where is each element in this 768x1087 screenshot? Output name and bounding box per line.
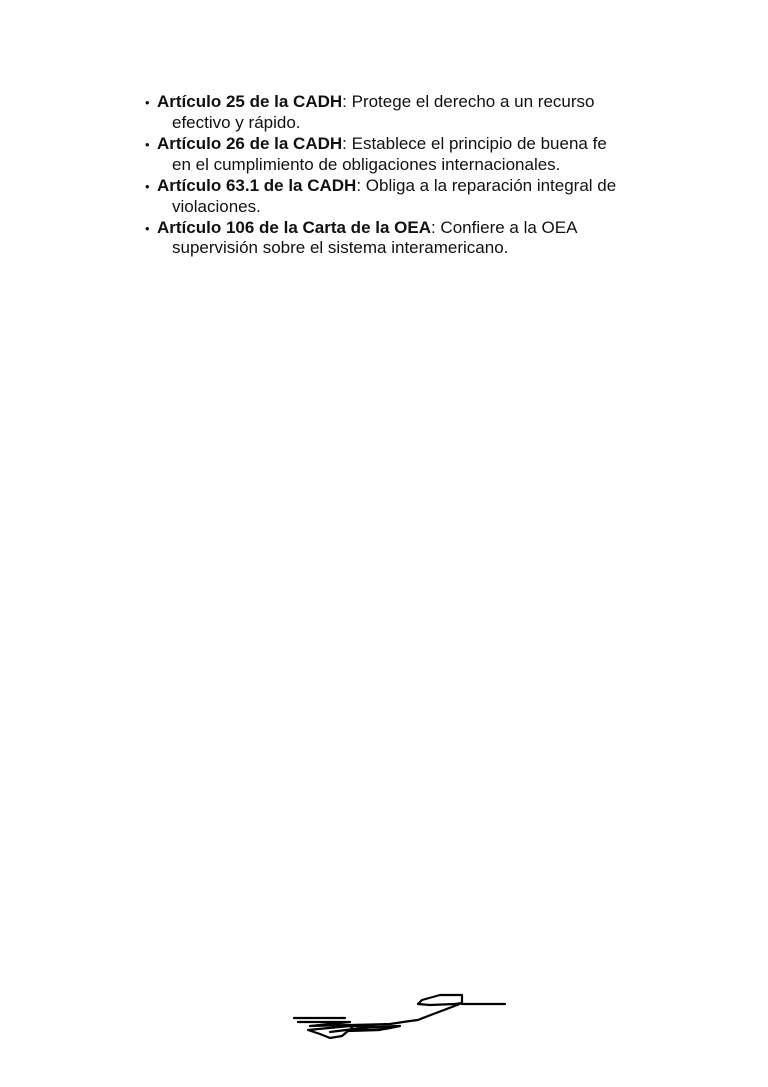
item-line-1: Artículo 26 de la CADH: Establece el pri… [157,134,655,155]
list-item: • Artículo 26 de la CADH: Establece el p… [145,134,655,176]
item-line-2: en el cumplimiento de obligaciones inter… [157,155,655,176]
bullet-icon: • [145,92,150,114]
article-description: : Confiere a la OEA [431,218,577,237]
list-item: • Artículo 63.1 de la CADH: Obliga a la … [145,176,655,218]
item-line-1: Artículo 63.1 de la CADH: Obliga a la re… [157,176,655,197]
article-title: Artículo 106 de la Carta de la OEA [157,218,431,237]
bullet-icon: • [145,176,150,198]
item-line-2: supervisión sobre el sistema interameric… [157,238,655,259]
bullet-icon: • [145,134,150,156]
item-line-2: violaciones. [157,197,655,218]
document-page: • Artículo 25 de la CADH: Protege el der… [0,0,768,1087]
article-title: Artículo 63.1 de la CADH [157,176,356,195]
article-description: : Obliga a la reparación integral de [356,176,616,195]
signature-icon [290,990,510,1050]
bullet-icon: • [145,218,150,240]
article-title: Artículo 26 de la CADH [157,134,342,153]
articles-list: • Artículo 25 de la CADH: Protege el der… [145,92,655,260]
list-item: • Artículo 106 de la Carta de la OEA: Co… [145,218,655,260]
article-title: Artículo 25 de la CADH [157,92,342,111]
item-line-1: Artículo 106 de la Carta de la OEA: Conf… [157,218,655,239]
article-description: : Protege el derecho a un recurso [342,92,594,111]
article-description: : Establece el principio de buena fe [342,134,607,153]
item-line-1: Artículo 25 de la CADH: Protege el derec… [157,92,655,113]
item-line-2: efectivo y rápido. [157,113,655,134]
list-item: • Artículo 25 de la CADH: Protege el der… [145,92,655,134]
